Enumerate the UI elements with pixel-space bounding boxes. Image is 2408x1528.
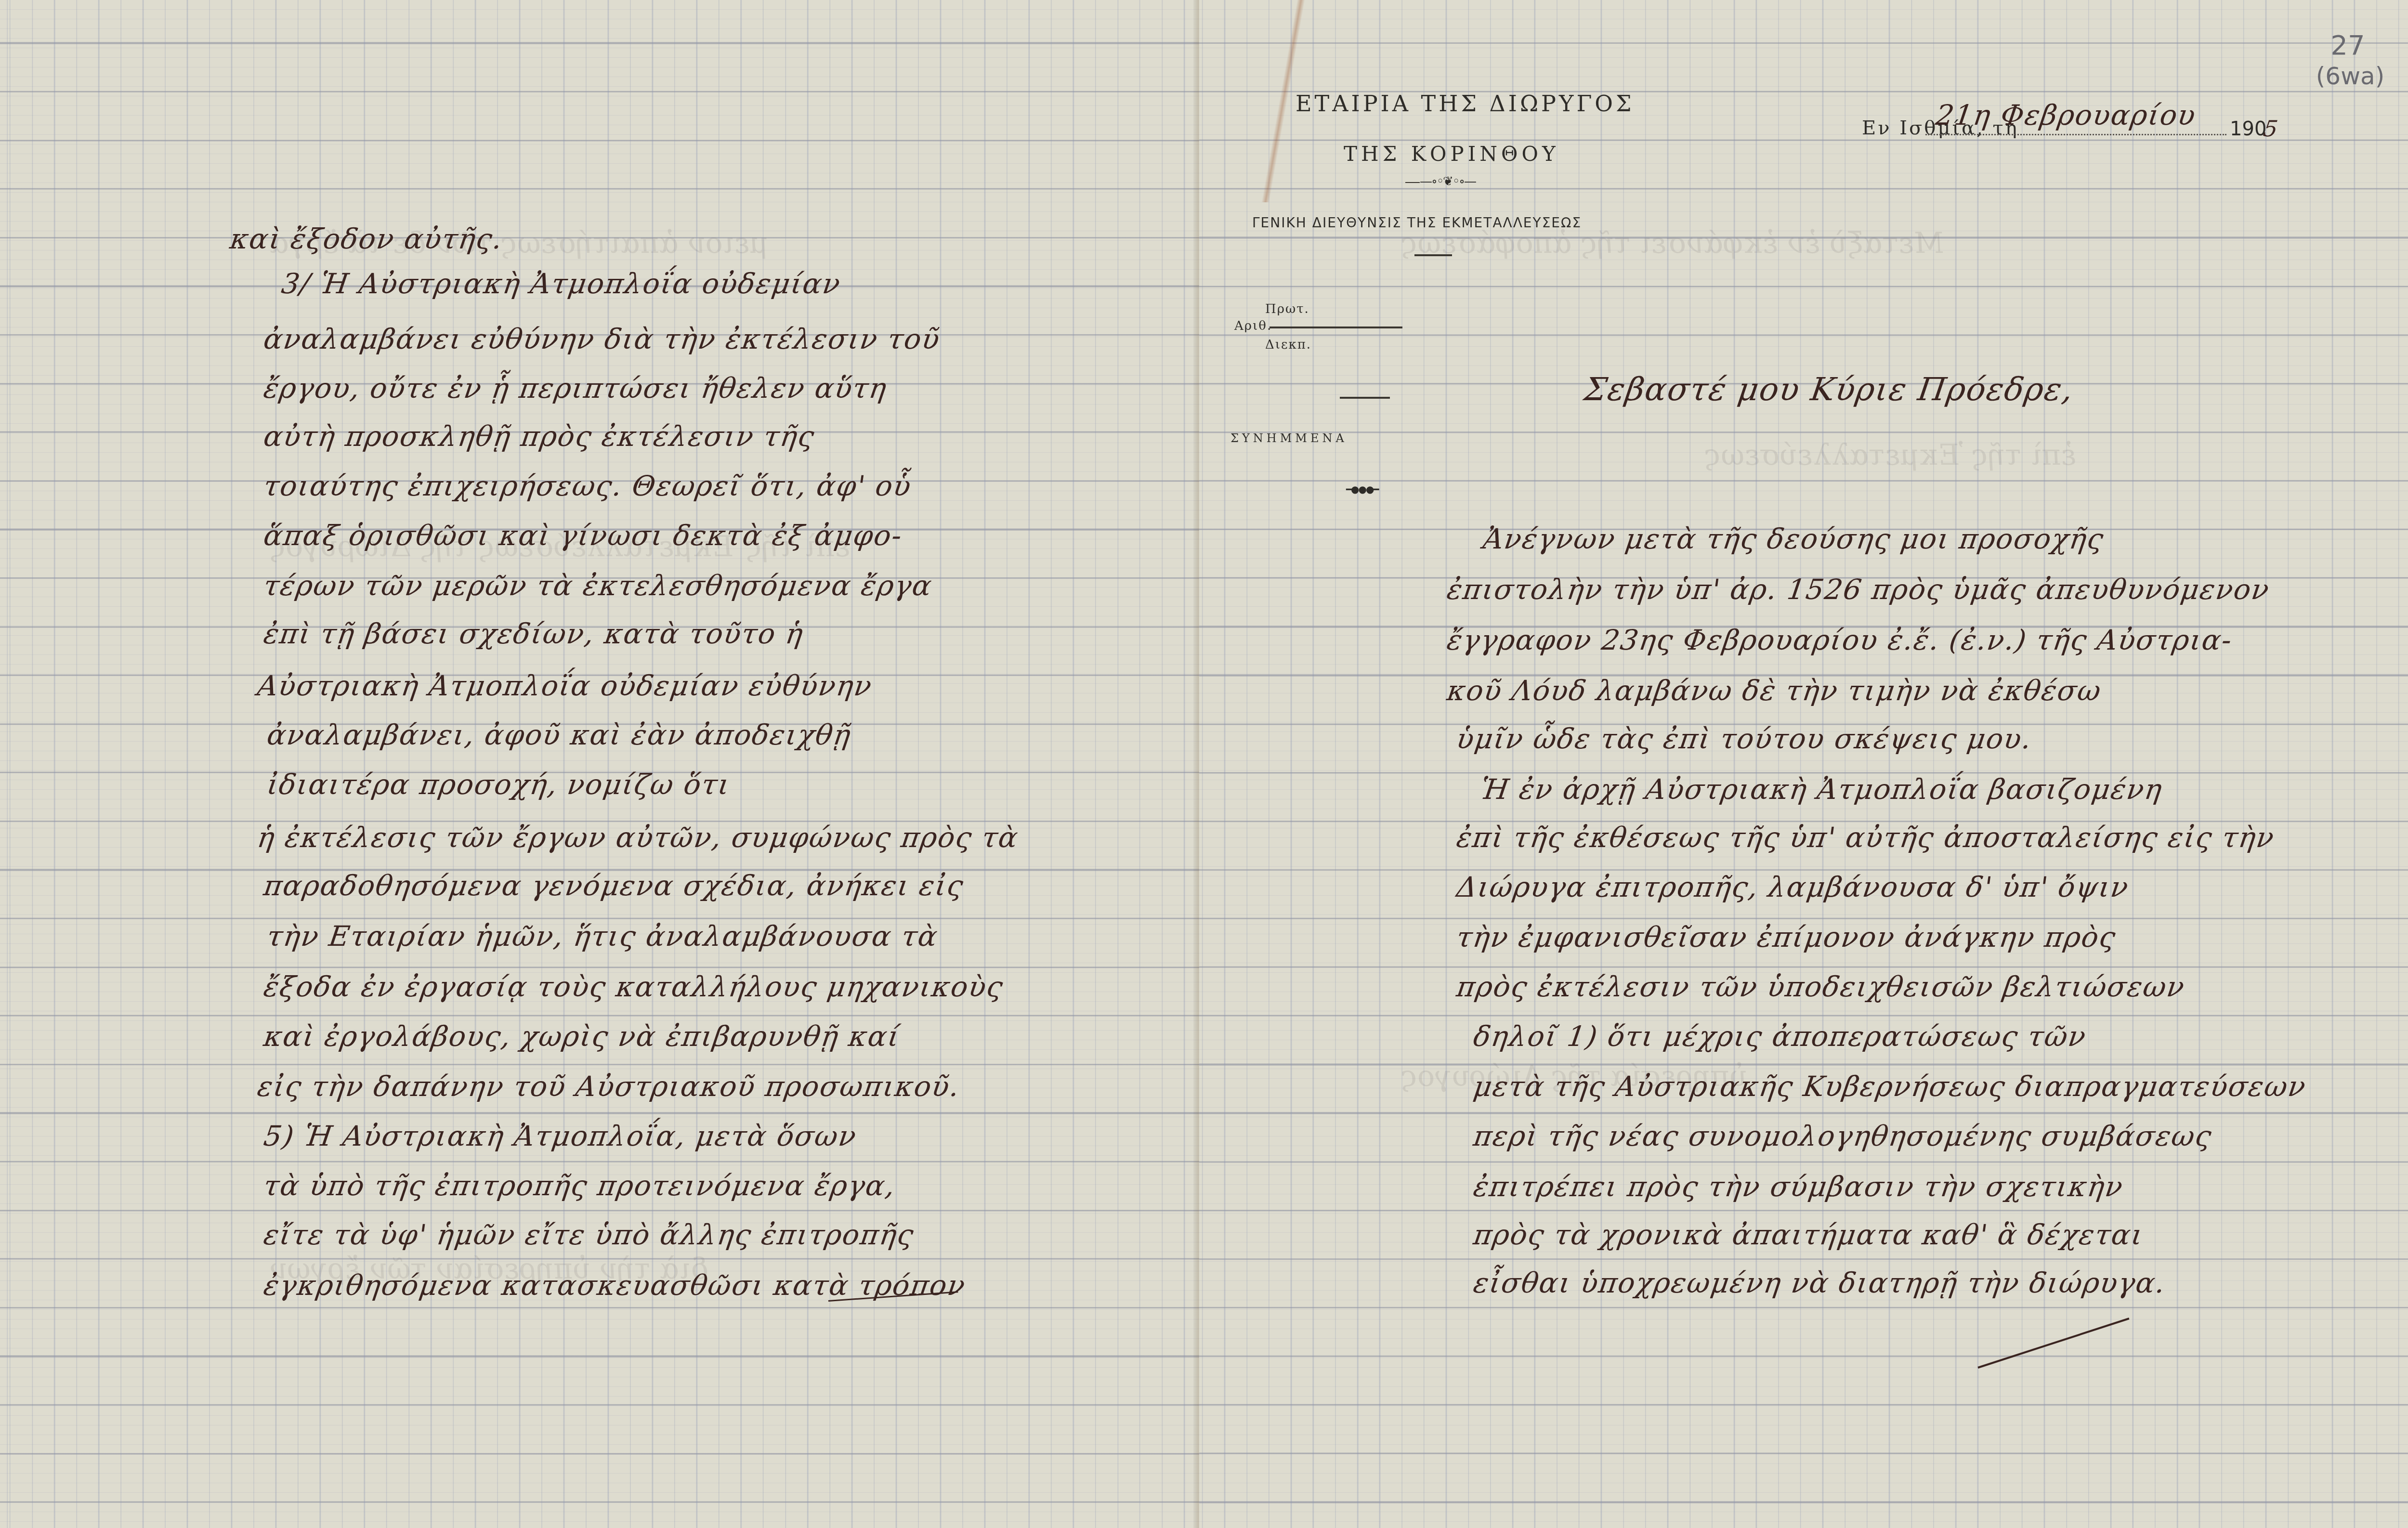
handwritten-line: ἔξοδα ἐν ἐργασίᾳ τοὺς καταλλήλους μηχανι… <box>262 970 1006 1003</box>
ref-prot-label: Πρωτ. <box>1265 302 1309 316</box>
handwritten-line: Διώρυγα ἐπιτροπῆς, λαμβάνουσα δ' ὑπ' ὄψι… <box>1454 871 2131 903</box>
ref-diekp-label: Διεκπ. <box>1265 338 1311 352</box>
handwritten-line: εἶσθαι ὑποχρεωμένη νὰ διατηρῇ τὴν διώρυγ… <box>1471 1267 2168 1299</box>
handwritten-line: ἡ ἐκτέλεσις τῶν ἔργων αὐτῶν, συμφώνως πρ… <box>255 821 1021 854</box>
handwritten-line: ἀναλαμβάνει, ἀφοῦ καὶ ἐὰν ἀποδειχθῇ <box>265 718 853 751</box>
handwritten-line: τὰ ὑπὸ τῆς ἐπιτροπῆς προτεινόμενα ἔργα, <box>262 1169 898 1202</box>
handwritten-line: τὴν ἐμφανισθεῖσαν ἐπίμονον ἀνάγκην πρὸς <box>1454 921 2118 953</box>
handwritten-line: καὶ ἐργολάβους, χωρὶς νὰ ἐπιβαρυνθῇ καί <box>262 1020 902 1053</box>
handwritten-line: πρὸς τὰ χρονικὰ ἀπαιτήματα καθ' ἃ δέχετα… <box>1471 1218 2146 1251</box>
handwritten-line: μετὰ τῆς Αὐστριακῆς Κυβερνήσεως διαπραγμ… <box>1471 1070 2308 1103</box>
handwritten-line: ἐπὶ τῆς ἐκθέσεως τῆς ὑπ' αὐτῆς ἀποσταλεί… <box>1454 821 2277 854</box>
date-dotted-line <box>1925 134 2226 135</box>
handwritten-line: Ἡ ἐν ἀρχῇ Αὐστριακὴ Ἀτμοπλοΐα βασιζομένη <box>1479 773 2165 806</box>
handwritten-line: ἔγγραφον 23ης Φεβρουαρίου ἐ.ἔ. (ἐ.ν.) τῆ… <box>1445 624 2235 656</box>
attachments-label: ΣΥΝΗΜΜΕΝΑ <box>1230 431 1348 445</box>
handwritten-line: πρὸς ἐκτέλεσιν τῶν ὑποδειχθεισῶν βελτιώσ… <box>1454 970 2187 1003</box>
handwritten-line: τοιαύτης ἐπιχειρήσεως. Θεωρεῖ ὅτι, ἀφ' ο… <box>262 470 914 502</box>
salutation: Σεβαστέ μου Κύριε Πρόεδρε, <box>1582 371 2076 408</box>
date-handwritten: 21η Φεβρουαρίου <box>1934 99 2198 131</box>
archive-note: (6wa) <box>2302 62 2398 91</box>
ref-arith-label: Αριθ. <box>1234 319 1272 333</box>
handwritten-line: περὶ τῆς νέας συνομολογηθησομένης συμβάσ… <box>1471 1120 2214 1152</box>
handwritten-line: ἐπὶ τῇ βάσει σχεδίων, κατὰ τοῦτο ἡ <box>262 617 806 650</box>
handwritten-line: ἔργου, οὔτε ἐν ᾗ περιπτώσει ἤθελεν αὕτη <box>262 372 889 405</box>
archive-number: 27 <box>2319 31 2377 60</box>
handwritten-line: ἐπιτρέπει πρὸς τὴν σύμβασιν τὴν σχετικὴν <box>1471 1170 2125 1203</box>
ornament-icon: —∘◦❦◦∘— <box>1420 174 1476 189</box>
letter-spread: μειον ἀπαιτήσεως τῶν δε τὰ ἔργα ἐπὶ τῆς … <box>0 0 2408 1528</box>
ref-number-line <box>1269 326 1402 328</box>
handwritten-line: δηλοῖ 1) ὅτι μέχρις ἀποπερατώσεως τῶν <box>1471 1020 2089 1053</box>
ornament-small-icon: ━●●●━ <box>1346 483 1378 495</box>
company-name-line2: ΤΗΣ ΚΟΡΙΝΘΟΥ <box>1344 142 1559 166</box>
divider-rule <box>1340 397 1390 399</box>
handwritten-line: αὐτὴ προσκληθῇ πρὸς ἐκτέλεσιν τῆς <box>262 420 817 453</box>
handwritten-line: παραδοθησόμενα γενόμενα σχέδια, ἀνήκει ε… <box>262 869 966 902</box>
handwritten-line: τέρων τῶν μερῶν τὰ ἐκτελεσθησόμενα ἔργα <box>262 569 934 602</box>
handwritten-line: 5) Ἡ Αὐστριακὴ Ἀτμοπλοΐα, μετὰ ὅσων <box>262 1120 859 1152</box>
handwritten-line: τὴν Εταιρίαν ἡμῶν, ἥτις ἀναλαμβάνουσα τὰ <box>265 920 940 953</box>
handwritten-line: ἐγκριθησόμενα κατασκευασθῶσι κατὰ τρόπον <box>262 1269 968 1302</box>
handwritten-line: εἰς τὴν δαπάνην τοῦ Αὐστριακοῦ προσωπικο… <box>255 1070 962 1103</box>
handwritten-line: ἐπιστολὴν τὴν ὑπ' ἀρ. 1526 πρὸς ὑμᾶς ἀπε… <box>1445 573 2272 606</box>
handwritten-line: εἴτε τὰ ὑφ' ἡμῶν εἴτε ὑπὸ ἄλλης ἐπιτροπῆ… <box>262 1218 916 1251</box>
handwritten-line: ἅπαξ ὁρισθῶσι καὶ γίνωσι δεκτὰ ἐξ ἀμφο- <box>262 519 904 552</box>
ornament-rule-left <box>1405 182 1420 183</box>
bleed-through-text: Μεταξὺ ἐν ἐκφάνσει τῆς ἀποφάσεως <box>1399 226 1946 260</box>
divider-rule <box>1414 254 1452 256</box>
department-name: ΓΕΝΙΚΗ ΔΙΕΥΘΥΝΣΙΣ ΤΗΣ ΕΚΜΕΤΑΛΛΕΥΣΕΩΣ <box>1252 215 1582 231</box>
year-printed: 190 <box>2230 118 2266 140</box>
company-name-line1: ΕΤΑΙΡΙΑ ΤΗΣ ΔΙΩΡΥΓΟΣ <box>1296 91 1635 117</box>
handwritten-line: 3/ Ἡ Αὐστριακὴ Ἀτμοπλοΐα οὐδεμίαν <box>279 267 843 300</box>
handwritten-line: Ἀνέγνων μετὰ τῆς δεούσης μοι προσοχῆς <box>1481 522 2106 555</box>
left-page: μειον ἀπαιτήσεως τῶν δε τὰ ἔργα ἐπὶ τῆς … <box>0 0 1199 1528</box>
handwritten-line: ἀναλαμβάνει εὐθύνην διὰ τὴν ἐκτέλεσιν το… <box>262 323 942 355</box>
handwritten-line: ὑμῖν ὧδε τὰς ἐπὶ τούτου σκέψεις μου. <box>1454 722 2034 755</box>
handwritten-line: ἰδιαιτέρα προσοχή, νομίζω ὅτι <box>265 768 733 801</box>
handwritten-line: καὶ ἔξοδον αὐτῆς. <box>228 222 505 255</box>
bleed-through-text: ἐπὶ τῆς Ἐκμεταλλεύσεως <box>1702 438 2079 472</box>
handwritten-line: Αὐστριακὴ Ἀτμοπλοΐα οὐδεμίαν εὐθύνην <box>255 669 875 702</box>
handwritten-line: κοῦ Λόυδ λαμβάνω δὲ τὴν τιμὴν νὰ ἐκθέσω <box>1445 674 2104 707</box>
